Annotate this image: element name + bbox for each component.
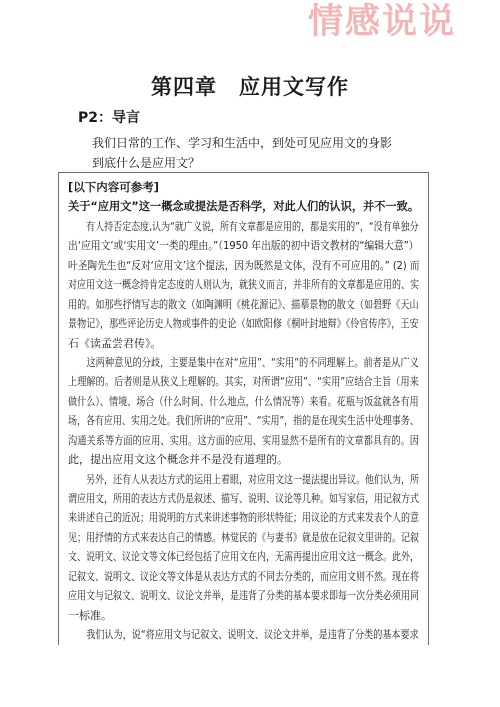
- box-line: 谓应用文，所用的表达方式仍是叙述、描写、说明、议论等几种。如写家信，用记叙方式: [68, 489, 355, 508]
- box-line: 见；用抒情的方式来表达自己的情感。林觉民的《与妻书》就是放在记叙文里讲的。记叙: [68, 528, 355, 547]
- reference-box: [以下内容可参考]关于“应用文”这一概念或提法是否科学，对此人们的认识，并不一致…: [58, 172, 429, 645]
- box-line: 有人持否定态度,认为“就广义说，所有文章都是应用的，都是实用的”，“没有单独分: [68, 217, 356, 236]
- box-line: 上理解的。后者则是从狭义上理解的。其实，对所谓“应用”、“实用”应结合主旨（用来: [68, 372, 362, 391]
- box-line: 这两种意见的分歧，主要是集中在对“应用”、“实用”的不同理解上。前者是从广义: [68, 353, 362, 372]
- box-line: 一标准。: [68, 606, 419, 625]
- box-line: [以下内容可参考]: [68, 178, 419, 197]
- box-line: 场，各有应用、实用之处。我们所讲的“应用”、“实用”，指的是在现实生活中处理事务…: [68, 411, 355, 430]
- box-line: 出‘应用文’或‘实用文’一类的理由。”（1950 年出版的初中语文教材的“编辑大…: [68, 236, 381, 255]
- box-line: 用的。如那些抒情写志的散文（如陶渊明《桃花源记》、描摹景物的散文（如碧野《天山: [68, 295, 359, 314]
- box-line: 做什么）、情境、场合（什么时间、什么地点，什么情况等）来看。花瓶与饭盆就各有用: [68, 392, 359, 411]
- box-line: 此，提出应用文这个概念并不是没有道理的。: [68, 450, 419, 469]
- box-line: 沟通关系等方面的应用、实用。这方面的应用、实用显然不是所有的文章都具有的。因: [68, 431, 363, 450]
- box-line: 关于“应用文”这一概念或提法是否科学，对此人们的认识，并不一致。: [68, 197, 410, 216]
- box-line: 来讲述自己的近况；用说明的方式来讲述事物的形状特征；用议论的方式来发表个人的意: [68, 508, 355, 527]
- box-line: 对应用文这一概念持肯定态度的人则认为，就狭义而言，并非所有的文章都是应用的、实: [68, 275, 355, 294]
- intro-line: 到底什么是应用文？: [92, 154, 200, 171]
- watermark-text: 情感说说: [308, 5, 456, 40]
- box-line: 我们认为，说“将应用文与记叙文、说明文、议论文并举，是违背了分类的基本要求: [68, 625, 359, 644]
- box-line: 应用文与记叙文、说明文、议论文并举，是违背了分类的基本要求即每一次分类必须用同: [68, 586, 355, 605]
- box-line: 景物记》，那些评论历史人物或事件的史论（如欧阳修《桐叶封地辩》《伶官传序》，王安: [68, 314, 359, 333]
- document-page: { "watermark": { "text": "情感说说", "color"…: [0, 0, 500, 707]
- reference-box-content: [以下内容可参考]关于“应用文”这一概念或提法是否科学，对此人们的认识，并不一致…: [68, 178, 419, 645]
- section-heading: P2：导言: [78, 107, 140, 127]
- box-line: 另外，还有人从表达方式的运用上着眼，对应用文这一提法提出异议。他们认为，所: [68, 470, 355, 489]
- box-line: 文、说明文、议论文等文体已经包括了应用文在内，无需再提出应用文这一概念。此外，: [68, 547, 355, 566]
- box-line: 石《读孟尝君传》。: [68, 334, 419, 353]
- box-line: 叶圣陶先生也“反对‘应用文’这个提法，因为既然是文体，没有不可应用的。” (2)…: [68, 256, 378, 275]
- intro-line: 我们日常的工作、学习和生活中，到处可见应用文的身影: [92, 134, 392, 151]
- box-line: 记叙文、说明文、议论文等文体是从表达方式的不同去分类的，而应用文则不然。现在将: [68, 567, 355, 586]
- page-title: 第四章 应用文写作: [0, 71, 500, 101]
